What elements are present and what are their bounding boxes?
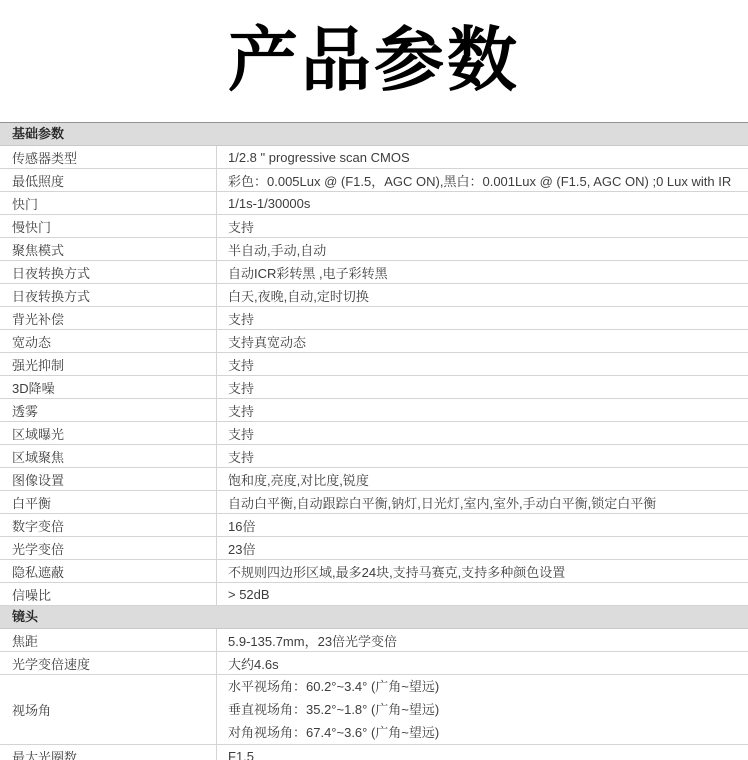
spec-value: 支持	[217, 307, 748, 329]
table-row-defog: 透雾 支持	[0, 399, 748, 422]
spec-value: 1/1s-1/30000s	[217, 192, 748, 214]
table-row-shutter: 快门 1/1s-1/30000s	[0, 192, 748, 215]
spec-value: 16倍	[217, 514, 748, 536]
spec-value: 支持真宽动态	[217, 330, 748, 352]
table-row-snr: 信噪比 > 52dB	[0, 583, 748, 606]
spec-value: 支持	[217, 215, 748, 237]
spec-value: 5.9-135.7mm，23倍光学变倍	[217, 629, 748, 651]
table-row-focal-length: 焦距 5.9-135.7mm，23倍光学变倍	[0, 629, 748, 652]
spec-label: 数字变倍	[0, 514, 217, 536]
spec-value: 大约4.6s	[217, 652, 748, 674]
spec-value: 半自动,手动,自动	[217, 238, 748, 260]
spec-label: 区域聚焦	[0, 445, 217, 467]
spec-label: 背光补偿	[0, 307, 217, 329]
table-row-region-exposure: 区域曝光 支持	[0, 422, 748, 445]
table-row-focus-mode: 聚焦模式 半自动,手动,自动	[0, 238, 748, 261]
page-title: 产品参数	[0, 0, 748, 122]
spec-label: 信噪比	[0, 583, 217, 605]
spec-label: 聚焦模式	[0, 238, 217, 260]
table-row-privacy-mask: 隐私遮蔽 不规则四边形区域,最多24块,支持马赛克,支持多种颜色设置	[0, 560, 748, 583]
table-row-backlight-compensation: 背光补偿 支持	[0, 307, 748, 330]
spec-label: 焦距	[0, 629, 217, 651]
section-header-basic-params: 基础参数	[0, 123, 748, 146]
spec-label: 日夜转换方式	[0, 284, 217, 306]
table-row-max-aperture: 最大光圈数 F1.5	[0, 745, 748, 760]
spec-value: 1/2.8 " progressive scan CMOS	[217, 146, 748, 168]
spec-label: 透雾	[0, 399, 217, 421]
spec-value: 支持	[217, 353, 748, 375]
spec-value: 饱和度,亮度,对比度,锐度	[217, 468, 748, 490]
table-row-digital-zoom: 数字变倍 16倍	[0, 514, 748, 537]
table-row-slow-shutter: 慢快门 支持	[0, 215, 748, 238]
spec-label: 最低照度	[0, 169, 217, 191]
section-header-lens: 镜头	[0, 606, 748, 629]
spec-label: 光学变倍	[0, 537, 217, 559]
table-row-field-of-view: 视场角 水平视场角：60.2°~3.4° (广角~望远) 垂直视场角：35.2°…	[0, 675, 748, 745]
spec-label: 光学变倍速度	[0, 652, 217, 674]
table-row-3d-dnr: 3D降噪 支持	[0, 376, 748, 399]
spec-label: 3D降噪	[0, 376, 217, 398]
table-row-hlc: 强光抑制 支持	[0, 353, 748, 376]
table-row-region-focus: 区域聚焦 支持	[0, 445, 748, 468]
spec-label: 区域曝光	[0, 422, 217, 444]
table-row-day-night-mode-2: 日夜转换方式 白天,夜晚,自动,定时切换	[0, 284, 748, 307]
spec-label: 强光抑制	[0, 353, 217, 375]
table-row-sensor-type: 传感器类型 1/2.8 " progressive scan CMOS	[0, 146, 748, 169]
table-row-optical-zoom: 光学变倍 23倍	[0, 537, 748, 560]
spec-table: 基础参数 传感器类型 1/2.8 " progressive scan CMOS…	[0, 122, 748, 760]
spec-value: 彩色：0.005Lux @ (F1.5，AGC ON),黑白：0.001Lux …	[217, 169, 748, 191]
spec-value: > 52dB	[217, 583, 748, 605]
spec-value: 支持	[217, 399, 748, 421]
spec-label: 宽动态	[0, 330, 217, 352]
spec-label: 慢快门	[0, 215, 217, 237]
spec-value: 支持	[217, 422, 748, 444]
spec-label: 视场角	[0, 675, 217, 744]
spec-label: 白平衡	[0, 491, 217, 513]
fov-vertical: 垂直视场角：35.2°~1.8° (广角~望远)	[228, 698, 439, 721]
spec-value: 自动白平衡,自动跟踪白平衡,钠灯,日光灯,室内,室外,手动白平衡,锁定白平衡	[217, 491, 748, 513]
spec-value: 白天,夜晚,自动,定时切换	[217, 284, 748, 306]
fov-horizontal: 水平视场角：60.2°~3.4° (广角~望远)	[228, 675, 439, 698]
spec-value: 支持	[217, 445, 748, 467]
table-row-white-balance: 白平衡 自动白平衡,自动跟踪白平衡,钠灯,日光灯,室内,室外,手动白平衡,锁定白…	[0, 491, 748, 514]
spec-label: 图像设置	[0, 468, 217, 490]
spec-value: 支持	[217, 376, 748, 398]
spec-value: F1.5	[217, 745, 748, 760]
spec-value: 自动ICR彩转黑 ,电子彩转黑	[217, 261, 748, 283]
spec-label: 隐私遮蔽	[0, 560, 217, 582]
spec-label: 日夜转换方式	[0, 261, 217, 283]
table-row-wdr: 宽动态 支持真宽动态	[0, 330, 748, 353]
fov-diagonal: 对角视场角：67.4°~3.6° (广角~望远)	[228, 721, 439, 744]
spec-label: 最大光圈数	[0, 745, 217, 760]
table-row-day-night-mode-1: 日夜转换方式 自动ICR彩转黑 ,电子彩转黑	[0, 261, 748, 284]
spec-value: 23倍	[217, 537, 748, 559]
table-row-min-illumination: 最低照度 彩色：0.005Lux @ (F1.5，AGC ON),黑白：0.00…	[0, 169, 748, 192]
spec-value-multiline: 水平视场角：60.2°~3.4° (广角~望远) 垂直视场角：35.2°~1.8…	[217, 675, 748, 744]
table-row-zoom-speed: 光学变倍速度 大约4.6s	[0, 652, 748, 675]
spec-label: 传感器类型	[0, 146, 217, 168]
spec-value: 不规则四边形区域,最多24块,支持马赛克,支持多种颜色设置	[217, 560, 748, 582]
table-row-image-settings: 图像设置 饱和度,亮度,对比度,锐度	[0, 468, 748, 491]
spec-label: 快门	[0, 192, 217, 214]
